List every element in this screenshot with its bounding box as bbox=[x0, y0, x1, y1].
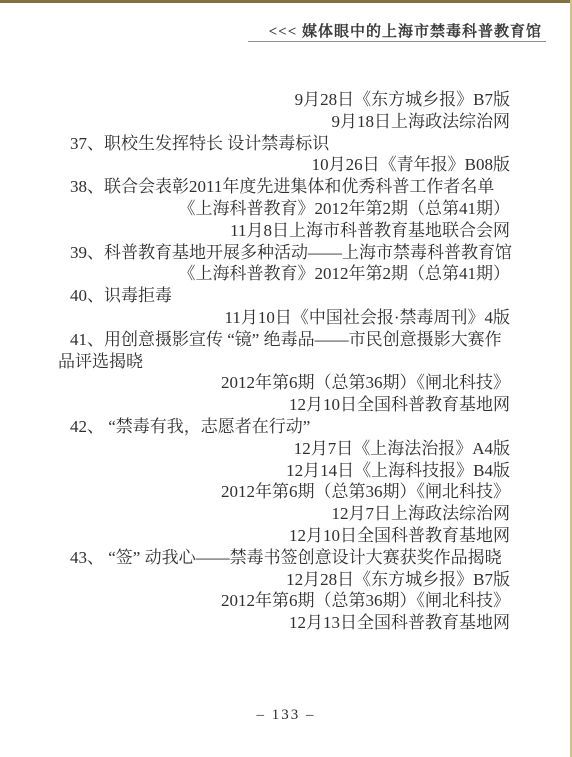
entry-list: 9月28日《东方城乡报》B7版 9月18日上海政法综治网 37、职校生发挥特长 … bbox=[58, 89, 510, 634]
publication-line: 12月14日《上海科技报》B4版 bbox=[58, 460, 510, 482]
publication-line: 12月10日全国科普教育基地网 bbox=[58, 394, 510, 416]
entry-title-line: 43、 “签” 动我心——禁毒书签创意设计大赛获奖作品揭晓 bbox=[58, 547, 510, 569]
publication-line: 《上海科普教育》2012年第2期（总第41期） bbox=[58, 198, 510, 220]
publication-line: 2012年第6期（总第36期）《闸北科技》 bbox=[58, 481, 510, 503]
publication-line: 12月7日《上海法治报》A4版 bbox=[58, 438, 510, 460]
page-number: – 133 – bbox=[0, 707, 572, 724]
publication-line: 11月10日《中国社会报·禁毒周刊》4版 bbox=[58, 307, 510, 329]
book-page: <<< 媒体眼中的上海市禁毒科普教育馆 9月28日《东方城乡报》B7版 9月18… bbox=[0, 0, 572, 757]
page-top-border bbox=[0, 0, 572, 3]
publication-line: 2012年第6期（总第36期）《闸北科技》 bbox=[58, 372, 510, 394]
entry-title-line: 40、识毒拒毒 bbox=[58, 285, 510, 307]
publication-line: 9月18日上海政法综治网 bbox=[58, 111, 510, 133]
publication-line: 12月10日全国科普教育基地网 bbox=[58, 525, 510, 547]
entry-title-line: 42、 “禁毒有我，志愿者在行动” bbox=[58, 416, 510, 438]
publication-line: 12月13日全国科普教育基地网 bbox=[58, 612, 510, 634]
entry-title-line: 41、用创意摄影宣传 “镜” 绝毒品——市民创意摄影大赛作 bbox=[58, 329, 510, 351]
publication-line: 11月8日上海市科普教育基地联合会网 bbox=[58, 220, 510, 242]
header-rule bbox=[248, 41, 546, 42]
publication-line: 2012年第6期（总第36期）《闸北科技》 bbox=[58, 590, 510, 612]
publication-line: 12月28日《东方城乡报》B7版 bbox=[58, 569, 510, 591]
publication-line: 10月26日《青年报》B08版 bbox=[58, 154, 510, 176]
entry-title-line: 38、联合会表彰2011年度先进集体和优秀科普工作者名单 bbox=[58, 176, 510, 198]
entry-title-line: 39、科普教育基地开展多种活动——上海市禁毒科普教育馆 bbox=[58, 242, 510, 264]
publication-line: 12月7日上海政法综治网 bbox=[58, 503, 510, 525]
publication-line: 《上海科普教育》2012年第2期（总第41期） bbox=[58, 263, 510, 285]
running-header: <<< 媒体眼中的上海市禁毒科普教育馆 bbox=[0, 20, 542, 41]
publication-line: 9月28日《东方城乡报》B7版 bbox=[58, 89, 510, 111]
entry-title-line: 37、职校生发挥特长 设计禁毒标识 bbox=[58, 133, 510, 155]
entry-title-continuation: 品评选揭晓 bbox=[58, 351, 510, 373]
